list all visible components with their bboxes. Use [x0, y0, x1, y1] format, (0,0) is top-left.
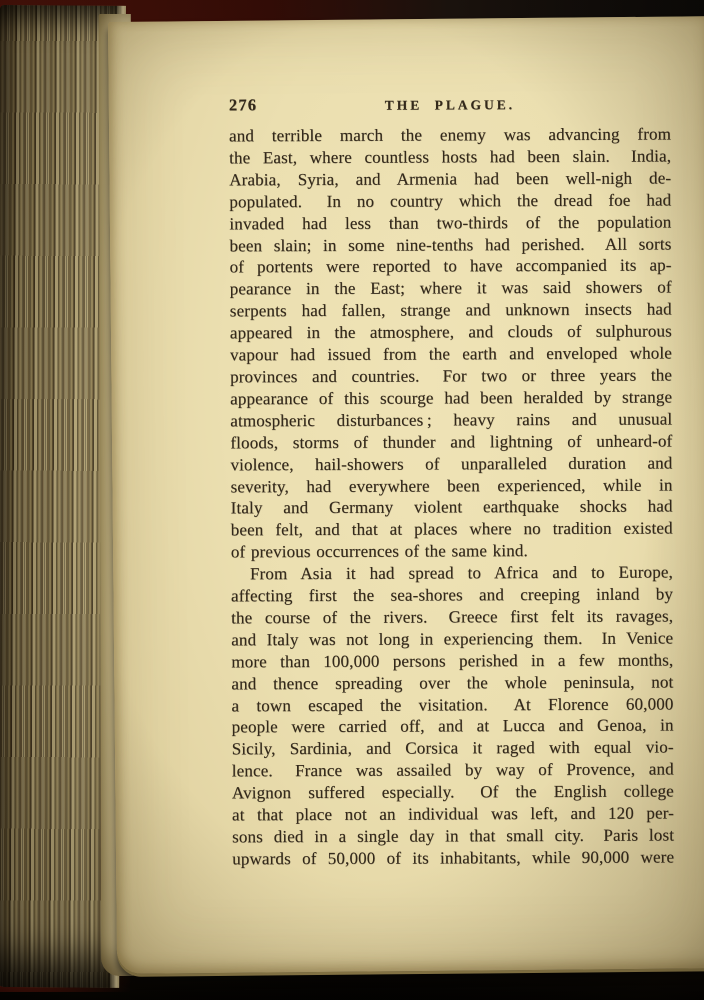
- book-photo: 276 THE PLAGUE. and terrible march the e…: [0, 0, 704, 1000]
- text-line: invaded had less than two-thirds of the …: [229, 211, 671, 235]
- book-page-surface: 276 THE PLAGUE. and terrible march the e…: [111, 19, 704, 974]
- text-line: upwards of 50,000 of its inhabitants, wh…: [232, 846, 674, 870]
- running-header: 276 THE PLAGUE.: [229, 93, 671, 115]
- text-line: From Asia it had spread to Africa and to…: [231, 562, 673, 586]
- text-line: people were carried off, and at Lucca an…: [232, 715, 674, 739]
- text-line: populated. In no country which the dread…: [229, 189, 671, 213]
- text-line: affecting first the sea-shores and creep…: [231, 583, 673, 607]
- text-line: the course of the rivers. Greece first f…: [231, 605, 673, 629]
- text-line: of previous occurrences of the same kind…: [231, 540, 673, 564]
- text-line: Sicily, Sardinia, and Corsica it raged w…: [232, 737, 674, 761]
- text-line: appeared in the atmosphere, and clouds o…: [230, 321, 672, 345]
- text-line: a town escaped the visitation. At Floren…: [231, 693, 673, 717]
- text-line: been felt, and that at places where no t…: [231, 518, 673, 542]
- text-line: and terrible march the enemy was advanci…: [229, 123, 671, 147]
- text-line: lence. France was assailed by way of Pro…: [232, 759, 674, 783]
- running-title: THE PLAGUE.: [385, 97, 515, 114]
- text-line: serpents had fallen, strange and unknown…: [230, 299, 672, 323]
- page-number: 276: [229, 95, 257, 115]
- text-line: provinces and countries. For two or thre…: [230, 364, 672, 388]
- text-line: floods, storms of thunder and lightning …: [230, 430, 672, 454]
- page-text-body: and terrible march the enemy was advanci…: [229, 123, 674, 870]
- text-line: sons died in a single day in that small …: [232, 824, 674, 848]
- text-line: more than 100,000 persons perished in a …: [231, 649, 673, 673]
- text-line: severity, had everywhere been experience…: [230, 474, 672, 498]
- text-line: and thence spreading over the whole peni…: [231, 671, 673, 695]
- text-line: Arabia, Syria, and Armenia had been well…: [229, 167, 671, 191]
- book-page: 276 THE PLAGUE. and terrible march the e…: [108, 16, 704, 974]
- text-line: of portents were reported to have accomp…: [230, 255, 672, 279]
- text-line: violence, hail-showers of unparalleled d…: [230, 452, 672, 476]
- text-line: at that place not an individual was left…: [232, 803, 674, 827]
- text-line: Avignon suffered especially. Of the Engl…: [232, 781, 674, 805]
- text-line: appearance of this scourge had been hera…: [230, 386, 672, 410]
- text-line: vapour had issued from the earth and env…: [230, 342, 672, 366]
- text-line: atmospheric disturbances ; heavy rains a…: [230, 408, 672, 432]
- text-line: the East, where countless hosts had been…: [229, 145, 671, 169]
- text-line: Italy and Germany violent earthquake sho…: [231, 496, 673, 520]
- running-header-spacer: [515, 108, 671, 109]
- text-line: and Italy was not long in experiencing t…: [231, 627, 673, 651]
- text-line: been slain; in some nine-tenths had peri…: [229, 233, 671, 257]
- text-line: pearance in the East; where it was said …: [230, 277, 672, 301]
